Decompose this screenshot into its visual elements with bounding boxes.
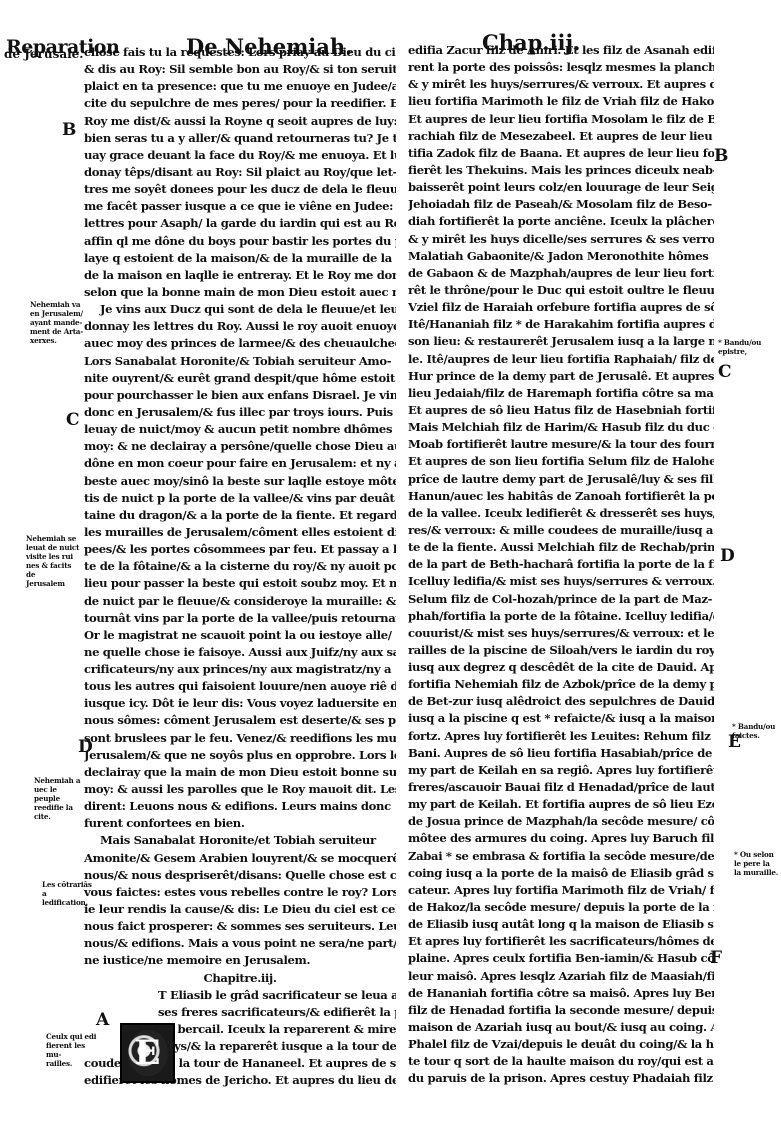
text-line: & y mirêt les huys dicelle/ses serrures … (408, 231, 714, 248)
margin-note-left-2: Nehemiah se leuat de nuict visite les ru… (26, 534, 82, 588)
text-line: beste auec moy/sinô la beste sur laqlle … (84, 473, 396, 490)
text-line: de Gabaon & de Mazphah/aupres de leur li… (408, 265, 714, 282)
text-line: de la vallee. Iceulx ledifierêt & dresse… (408, 505, 714, 522)
text-line: nous/& edifions. Mais a vous point ne se… (84, 935, 396, 952)
text-line: Et apres luy fortifierêt les sacrificate… (408, 933, 714, 950)
text-line: uay grace deuant la face du Roy/& me enu… (84, 147, 396, 164)
text-column-right: edifia Zacur filz de Amri. Et les filz d… (408, 42, 714, 1088)
text-line: ne quelle chose ie faisoye. Aussi aux Ju… (84, 644, 396, 661)
text-line: de Hakoz/la secôde mesure/ depuis la por… (408, 899, 714, 916)
text-line: furent confortees en bien. (84, 815, 396, 832)
text-line: de Hananiah fortifia côtre sa maisô. Apr… (408, 985, 714, 1002)
text-line: rêt le thrône/pour le Duc qui estoit oul… (408, 282, 714, 299)
initial-letter: E (128, 1030, 168, 1076)
text-line: tournât vins par la porte de la vallee/p… (84, 610, 396, 627)
section-letter-b: B (62, 120, 76, 140)
text-line: donay têps/disant au Roy: Sil plaict au … (84, 164, 396, 181)
text-line: te tour q sort de la haulte maison du ro… (408, 1053, 714, 1070)
text-line: nous faict prosperer: & sommes ses serui… (84, 918, 396, 935)
text-line: Or le magistrat ne scauoit point la ou i… (84, 627, 396, 644)
text-line: plaine. Apres ceulx fortifia Ben-iamin/&… (408, 950, 714, 967)
text-line: rent la porte des poissôs: lesqlz mesmes… (408, 59, 714, 76)
text-line: lieu fortifia Marimoth le filz de Vriah … (408, 93, 714, 110)
text-column-left: chose fais tu la requestes: Lors priay a… (84, 44, 396, 1090)
text-line: môtee des armures du coing. Apres luy Ba… (408, 830, 714, 847)
text-line: bien seras tu a y aller/& quand retourne… (84, 130, 396, 147)
text-line: le. Itê/aupres de leur lieu fortifia Rap… (408, 351, 714, 368)
text-line: fortz. Apres luy fortifierêt les Leuites… (408, 728, 714, 745)
text-line: filz de Henadad fortifia la seconde mesu… (408, 1002, 714, 1019)
text-line: de nuict par le fleuue/& consideroye la … (84, 593, 396, 610)
text-line: Selum filz de Col-hozah/prince de la par… (408, 591, 714, 608)
text-line: cite du sepulchre de mes peres/ pour la … (84, 95, 396, 112)
text-line: de Bet-zur iusq alêdroict des sepulchres… (408, 693, 714, 710)
text-line: Roy me dist/& aussi la Royne q seoit aup… (84, 113, 396, 130)
text-line: Je vins aux Ducz qui sont de dela le fle… (84, 301, 396, 318)
text-line: Jerusalem/& que ne soyôs plus en opprobr… (84, 747, 396, 764)
text-line: fierêt les Thekuins. Mais les princes di… (408, 162, 714, 179)
text-line: te de la fiente. Aussi Melchiah filz de … (408, 539, 714, 556)
text-line: tis de nuict p la porte de la vallee/& v… (84, 490, 396, 507)
text-line: tres me soyêt donees pour les ducz de de… (84, 181, 396, 198)
text-line: diah fortifierêt la porte anciêne. Iceul… (408, 213, 714, 230)
text-line: Phalel filz de Vzai/depuis le deuât du c… (408, 1036, 714, 1053)
margin-note-right-3: * Ou selon le pere la la muraille. (734, 850, 780, 877)
text-line: & y mirêt les huys/serrures/& verroux. E… (408, 76, 714, 93)
text-line: lieu pour passer la beste qui estoit sou… (84, 575, 396, 592)
text-line: Hur prince de la demy part de Jerusalê. … (408, 368, 714, 385)
text-line: lieu Jedaiah/filz de Haremaph fortifia c… (408, 385, 714, 402)
text-line: vous faictes: estes vous rebelles contre… (84, 884, 396, 901)
section-letter-right-e: E (728, 732, 741, 752)
text-line: pees/& les portes côsommees par feu. Et … (84, 541, 396, 558)
text-line: tous les autres qui faisoient louure/nen… (84, 678, 396, 695)
text-line: Et aupres de son lieu fortifia Selum fil… (408, 453, 714, 470)
text-line: Lors Sanabalat Horonite/& Tobiah seruite… (84, 353, 396, 370)
text-line: auec moy des princes de larmee/& des che… (84, 335, 396, 352)
text-line: phah/fortifia la porte de la fôtaine. Ic… (408, 608, 714, 625)
margin-running-note: de Jerusale. (4, 47, 83, 61)
text-line: edifia Zacur filz de Amri. Et les filz d… (408, 42, 714, 59)
text-line: Mais Sanabalat Horonite/et Tobiah seruit… (84, 832, 396, 849)
text-line: coing iusq a la porte de la maisô de Eli… (408, 865, 714, 882)
text-line: Jehoiadah filz de Paseah/& Mosolam filz … (408, 196, 714, 213)
text-line: freres/ascauoir Bauai filz d Henadad/prî… (408, 779, 714, 796)
chapter-heading: Chapitre.iij. (84, 970, 396, 987)
text-line: prîce de lautre demy part de Jerusalê/lu… (408, 471, 714, 488)
text-line: ne iustice/ne memoire en Jerusalem. (84, 952, 396, 969)
text-line: T Eliasib le grâd sacrificateur se leua … (84, 987, 396, 1004)
text-line: Moab fortifierêt lautre mesure/& la tour… (408, 436, 714, 453)
text-line: Hanun/auec les habitâs de Zanoah fortifi… (408, 488, 714, 505)
text-line: chose fais tu la requestes: Lors priay a… (84, 44, 396, 61)
text-line: declairay que la main de mon Dieu estoit… (84, 764, 396, 781)
text-line: Amonite/& Gesem Arabien louyrent/& se mo… (84, 850, 396, 867)
text-line: railles de la piscine de Siloah/vers le … (408, 642, 714, 659)
text-line: donc en Jerusalem/& fus illec par troys … (84, 404, 396, 421)
text-line: te de la fôtaine/& a la cisterne du roy/… (84, 558, 396, 575)
text-line: nite ouyrent/& eurêt grand despit/que hô… (84, 370, 396, 387)
text-line: lettres pour Asaph/ la garde du iardin q… (84, 215, 396, 232)
text-line: Malatiah Gabaonite/& Jadon Meronothite h… (408, 248, 714, 265)
text-line: de la maison en laqlle ie entreray. Et l… (84, 267, 396, 284)
text-line: Mais Melchiah filz de Harim/& Hasub filz… (408, 419, 714, 436)
text-line: du paruis de la prison. Apres cestuy Pha… (408, 1070, 714, 1087)
text-line: Icelluy ledifia/& mist ses huys/serrures… (408, 573, 714, 590)
decorated-initial: E (120, 1023, 175, 1083)
text-line: ie leur rendis la cause/& dis: Le Dieu d… (84, 901, 396, 918)
text-line: moy: & aussi les parolles que le Roy mau… (84, 781, 396, 798)
text-line: Vziel filz de Haraiah orfebure fortifia … (408, 299, 714, 316)
text-line: dône en mon coeur pour faire en Jerusale… (84, 455, 396, 472)
text-line: selon que la bonne main de mon Dieu esto… (84, 284, 396, 301)
text-line: donnay les lettres du Roy. Aussi le roy … (84, 318, 396, 335)
text-line: maison de Azariah iusq au bout/& iusq au… (408, 1019, 714, 1036)
text-line: Itê/Hananiah filz * de Harakahim fortifi… (408, 316, 714, 333)
section-letter-right-b: B (714, 146, 728, 166)
text-line: sont bruslees par le feu. Venez/& reedif… (84, 730, 396, 747)
text-line: iusque icy. Dôt ie leur dis: Vous voyez … (84, 695, 396, 712)
text-line: iusq a la piscine q est * refaicte/& ius… (408, 710, 714, 727)
text-line: iusq aux degrez q descêdêt de la cite de… (408, 659, 714, 676)
text-line: & dis au Roy: Sil semble bon au Roy/& si… (84, 61, 396, 78)
text-line: les murailles de Jerusalem/côment elles … (84, 524, 396, 541)
text-line: me facêt passer iusque a ce que ie viêne… (84, 198, 396, 215)
text-line: res/& verroux: & mille coudees de murail… (408, 522, 714, 539)
text-line: son lieu: & restaurerêt Jerusalem iusq a… (408, 333, 714, 350)
margin-note-left-3: Nehemiah a uec le peuple reedifie la cit… (34, 776, 84, 821)
section-letter-c: C (66, 410, 80, 430)
text-line: Zabai * se embrasa & fortifia la secôde … (408, 848, 714, 865)
text-line: tifia Zadok filz de Baana. Et aupres de … (408, 145, 714, 162)
scanned-bible-page: Reparation De Nehemiah. Chap.iij. de Jer… (0, 0, 781, 1134)
text-line: rachiah filz de Mesezabeel. Et aupres de… (408, 128, 714, 145)
text-line: de la part de Beth-hacharâ fortifia la p… (408, 556, 714, 573)
text-line: couurist/& mist ses huys/serrures/& verr… (408, 625, 714, 642)
margin-note-left-1: Nehemiah va en Jerusalem/ ayant mande- m… (30, 300, 84, 345)
section-letter-right-d: D (720, 546, 735, 566)
text-line: my part de Keilah en sa regiô. Apres luy… (408, 762, 714, 779)
margin-note-right-1: * Bandu/ou epistre, (718, 338, 778, 356)
text-line: de Eliasib iusq autât long q la maison d… (408, 916, 714, 933)
text-line: affin ql me dône du boys pour bastir les… (84, 233, 396, 250)
text-line: cateur. Apres luy fortifia Marimoth filz… (408, 882, 714, 899)
text-line: my part de Keilah. Et fortifia aupres de… (408, 796, 714, 813)
text-line: de Josua prince de Mazphah/la secôde mes… (408, 813, 714, 830)
text-line: fortifia Nehemiah filz de Azbok/prîce de… (408, 676, 714, 693)
text-line: taine du dragon/& a la porte de la fient… (84, 507, 396, 524)
text-line: baisserêt point leurs colz/en louurage d… (408, 179, 714, 196)
text-line: crificateurs/ny aux princes/ny aux magis… (84, 661, 396, 678)
text-line: Et aupres de sô lieu Hatus filz de Haseb… (408, 402, 714, 419)
text-line: nous/& nous despriserêt/disans: Quelle c… (84, 867, 396, 884)
text-line: moy: & ne declairay a persône/quelle cho… (84, 438, 396, 455)
text-line: Et aupres de leur lieu fortifia Mosolam … (408, 111, 714, 128)
text-line: ses freres sacrificateurs/& edifierêt la… (84, 1004, 396, 1021)
text-line: dirent: Leuons nous & edifions. Leurs ma… (84, 798, 396, 815)
text-line: Bani. Aupres de sô lieu fortifia Hasabia… (408, 745, 714, 762)
section-letter-right-c: C (718, 362, 732, 382)
text-line: leuay de nuict/moy & aucun petit nombre … (84, 421, 396, 438)
text-line: plaict en ta presence: que tu me enuoye … (84, 78, 396, 95)
text-line: pour pourchasser le bien aux enfans Disr… (84, 387, 396, 404)
text-line: laye q estoient de la maison/& de la mur… (84, 250, 396, 267)
text-line: nous sômes: côment Jerusalem est deserte… (84, 712, 396, 729)
text-line: leur maisô. Apres lesqlz Azariah filz de… (408, 968, 714, 985)
